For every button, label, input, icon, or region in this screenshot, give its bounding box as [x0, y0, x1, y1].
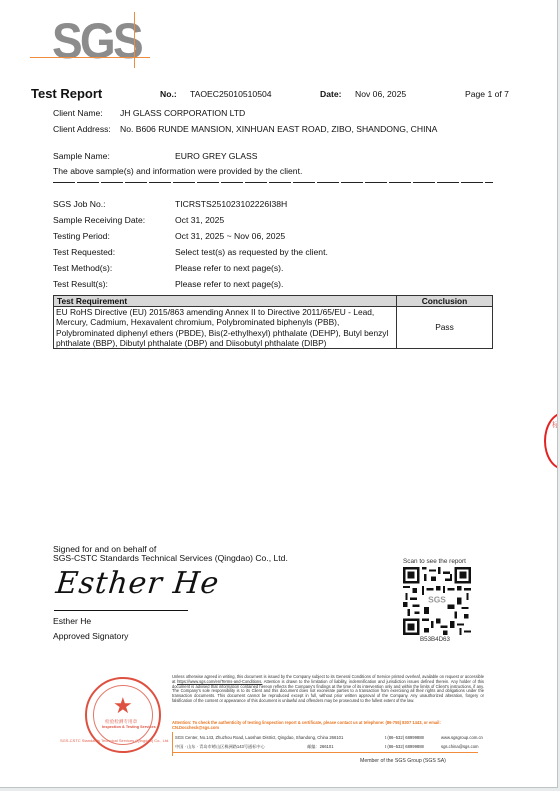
footer-disclaimer: Unless otherwise agreed in writing, this…: [172, 675, 484, 704]
report-no-label: No.:: [160, 89, 177, 99]
footer-address-cn: 中国 · 山东 · 青岛市崂山区株洲路143号通标中心: [175, 744, 265, 750]
footer-address-en: SGS Center, No.143, Zhuzhou Road, Laosha…: [175, 735, 343, 740]
signatory-name: Esther He: [53, 616, 91, 626]
job-no-value: TICRSTS251023102226I38H: [175, 199, 287, 209]
test-results-value: Please refer to next page(s).: [175, 279, 283, 289]
seal-caption: SGS-CSTC Standards Technical Services (Q…: [60, 738, 169, 743]
header-conclusion: Conclusion: [397, 296, 493, 307]
test-results-label: Test Result(s):: [53, 279, 108, 289]
test-requested-value: Select test(s) as requested by the clien…: [175, 247, 328, 257]
seal-en-text: Inspection & Testing Services: [102, 725, 156, 729]
logo-rule-horizontal: [30, 57, 150, 58]
test-requested-label: Test Requested:: [53, 247, 115, 257]
qr-caption: Scan to see the report: [403, 558, 466, 565]
date-value: Nov 06, 2025: [355, 89, 406, 99]
footer-tel-2: t (86–532) 68999888: [385, 744, 424, 749]
testing-period-label: Testing Period:: [53, 231, 110, 241]
conclusion-cell: Pass: [397, 307, 493, 349]
sgs-logo: SGS: [30, 12, 155, 68]
sgs-group-membership: Member of the SGS Group (SGS SA): [360, 758, 446, 764]
page-indicator: Page 1 of 7: [465, 89, 509, 99]
job-no-label: SGS Job No.:: [53, 199, 106, 209]
handwritten-signature: Esther He: [54, 566, 221, 601]
testing-period-value: Oct 31, 2025 ~ Nov 06, 2025: [175, 231, 285, 241]
signatory-role: Approved Signatory: [53, 631, 128, 641]
footer-tel-1: t (86–532) 68999888: [385, 735, 424, 740]
footer-attention: Attention: To check the authenticity of …: [172, 721, 484, 731]
svg-text:SGS: SGS: [428, 595, 446, 605]
receiving-date-label: Sample Receiving Date:: [53, 215, 145, 225]
edge-seal-stamp: 标准技术: [544, 412, 558, 470]
footer-website[interactable]: www.sgsgroup.com.cn: [441, 735, 483, 740]
sample-name-value: EURO GREY GLASS: [175, 151, 257, 161]
test-methods-label: Test Method(s):: [53, 263, 112, 273]
sgs-logo-text: SGS: [52, 16, 141, 66]
table-header-row: Test Requirement Conclusion: [54, 296, 493, 307]
test-requirement-table: Test Requirement Conclusion EU RoHS Dire…: [53, 295, 493, 349]
header-test-requirement: Test Requirement: [54, 296, 397, 307]
footer-email[interactable]: sgs.china@sgs.com: [441, 744, 479, 749]
footer-horizontal-rule: [172, 752, 478, 753]
sample-name-label: Sample Name:: [53, 151, 110, 161]
table-row: EU RoHS Directive (EU) 2015/863 amending…: [54, 307, 493, 349]
date-label: Date:: [320, 89, 342, 99]
sample-note: The above sample(s) and information were…: [53, 166, 302, 176]
dashed-divider: [53, 182, 493, 183]
signature-line: [54, 610, 188, 611]
seal-star-icon: ★: [113, 695, 133, 717]
qr-code-icon[interactable]: SGS: [403, 567, 471, 635]
signing-company: SGS-CSTC Standards Technical Services (Q…: [53, 553, 288, 563]
report-title: Test Report: [31, 86, 102, 101]
client-address-label: Client Address:: [53, 124, 111, 134]
logo-rule-vertical: [134, 12, 135, 68]
client-name-value: JH GLASS CORPORATION LTD: [120, 108, 245, 118]
client-address-value: No. B606 RUNDE MANSION, XINHUAN EAST ROA…: [120, 124, 437, 134]
client-name-label: Client Name:: [53, 108, 103, 118]
footer-postcode-cn: 邮编：266101: [307, 744, 334, 750]
qr-code-id: B53B4D63: [420, 636, 450, 643]
report-page: SGS Test Report No.: TAOEC25010510504 Da…: [0, 0, 558, 788]
test-methods-value: Please refer to next page(s).: [175, 263, 283, 273]
receiving-date-value: Oct 31, 2025: [175, 215, 224, 225]
report-no-value: TAOEC25010510504: [190, 89, 272, 99]
edge-seal-text: 标准技术: [552, 422, 558, 430]
requirement-cell: EU RoHS Directive (EU) 2015/863 amending…: [54, 307, 397, 349]
